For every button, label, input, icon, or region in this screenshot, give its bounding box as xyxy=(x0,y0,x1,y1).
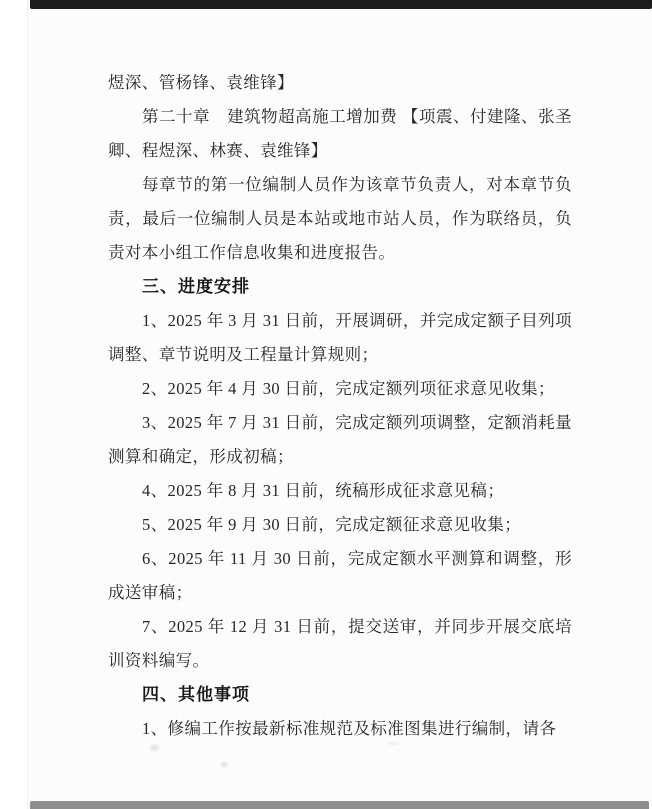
body-paragraph: 1、2025 年 3 月 31 日前，开展调研，并完成定额子目列项调整、章节说明… xyxy=(108,304,572,372)
section-heading: 三、进度安排 xyxy=(108,270,572,304)
body-paragraph: 4、2025 年 8 月 31 日前，统稿形成征求意见稿； xyxy=(108,474,572,508)
body-paragraph: 3、2025 年 7 月 31 日前，完成定额列项调整，定额消耗量测算和确定，形… xyxy=(108,406,572,474)
body-paragraph: 每章节的第一位编制人员作为该章节负责人，对本章节负责，最后一位编制人员是本站或地… xyxy=(108,168,572,270)
body-paragraph: 5、2025 年 9 月 30 日前，完成定额征求意见收集； xyxy=(108,508,572,542)
body-paragraph: 第二十章 建筑物超高施工增加费 【项震、付建隆、张圣卿、程煜深、林赛、袁维锋】 xyxy=(108,100,572,168)
body-paragraph: 7、2025 年 12 月 31 日前，提交送审，并同步开展交底培训资料编写。 xyxy=(108,610,572,678)
scan-smudge xyxy=(221,762,228,767)
body-paragraph: 1、修编工作按最新标准规范及标准图集进行编制，请各 xyxy=(108,712,572,746)
scan-top-edge xyxy=(30,0,652,9)
body-paragraph: 6、2025 年 11 月 30 日前，完成定额水平测算和调整，形成送审稿； xyxy=(108,542,572,610)
document-content: 煜深、管杨锋、袁维锋】第二十章 建筑物超高施工增加费 【项震、付建隆、张圣卿、程… xyxy=(108,66,572,746)
body-paragraph: 煜深、管杨锋、袁维锋】 xyxy=(108,66,572,100)
body-paragraph: 2、2025 年 4 月 30 日前，完成定额列项征求意见收集； xyxy=(108,372,572,406)
scan-smudge xyxy=(150,744,159,751)
scan-smudge xyxy=(388,742,399,745)
scan-bottom-edge xyxy=(30,801,649,809)
section-heading: 四、其他事项 xyxy=(108,678,572,712)
